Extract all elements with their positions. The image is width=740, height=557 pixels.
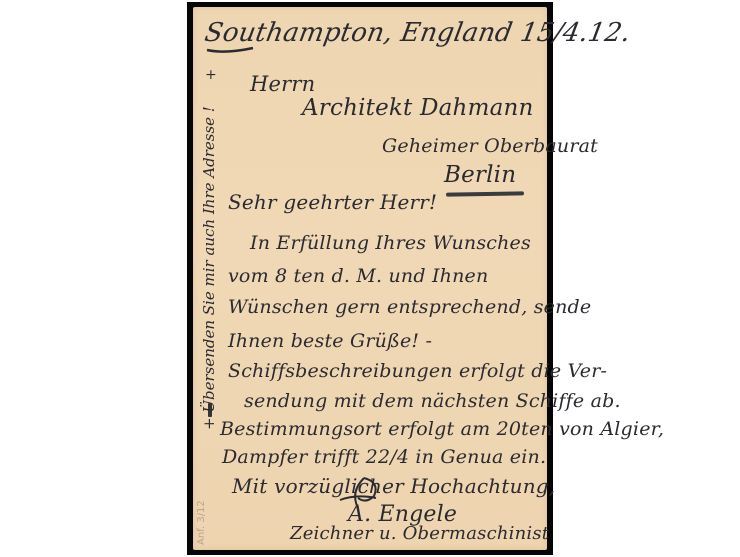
body-line: sendung mit dem nächsten Schiffe ab. [244,390,621,412]
body-line: Dampfer trifft 22/4 in Genua ein. [222,446,546,468]
body-line: Schiffsbeschreibungen erfolgt die Ver- [228,360,607,382]
signature-title: Zeichner u. Obermaschinist [290,523,549,544]
body-line: Ihnen beste Grüße! - [228,330,432,352]
recipient-city: Berlin [444,162,516,188]
address-salutation: Herrn [250,72,315,96]
body-line: vom 8 ten d. M. und Ihnen [228,265,488,287]
closing: Mit vorzüglicher Hochachtung, [232,474,555,498]
place-date: Southampton, England 15/4.12. [202,18,633,48]
body-line: Bestimmungsort erfolgt am 20ten von Algi… [220,418,664,440]
body-line: In Erfüllung Ihres Wunsches [250,232,531,254]
recipient-name: Architekt Dahmann [302,95,534,121]
margin-note: + Übersenden Sie mir auch Ihre Adresse ! [200,106,218,430]
margin-cross-mark: + [205,67,217,83]
recipient-title: Geheimer Oberbaurat [382,135,598,157]
greeting: Sehr geehrter Herr! [228,190,437,214]
body-line: Wünschen gern entsprechend, sende [228,296,591,318]
pencil-annotation: Anf. 3/12 [196,500,207,545]
